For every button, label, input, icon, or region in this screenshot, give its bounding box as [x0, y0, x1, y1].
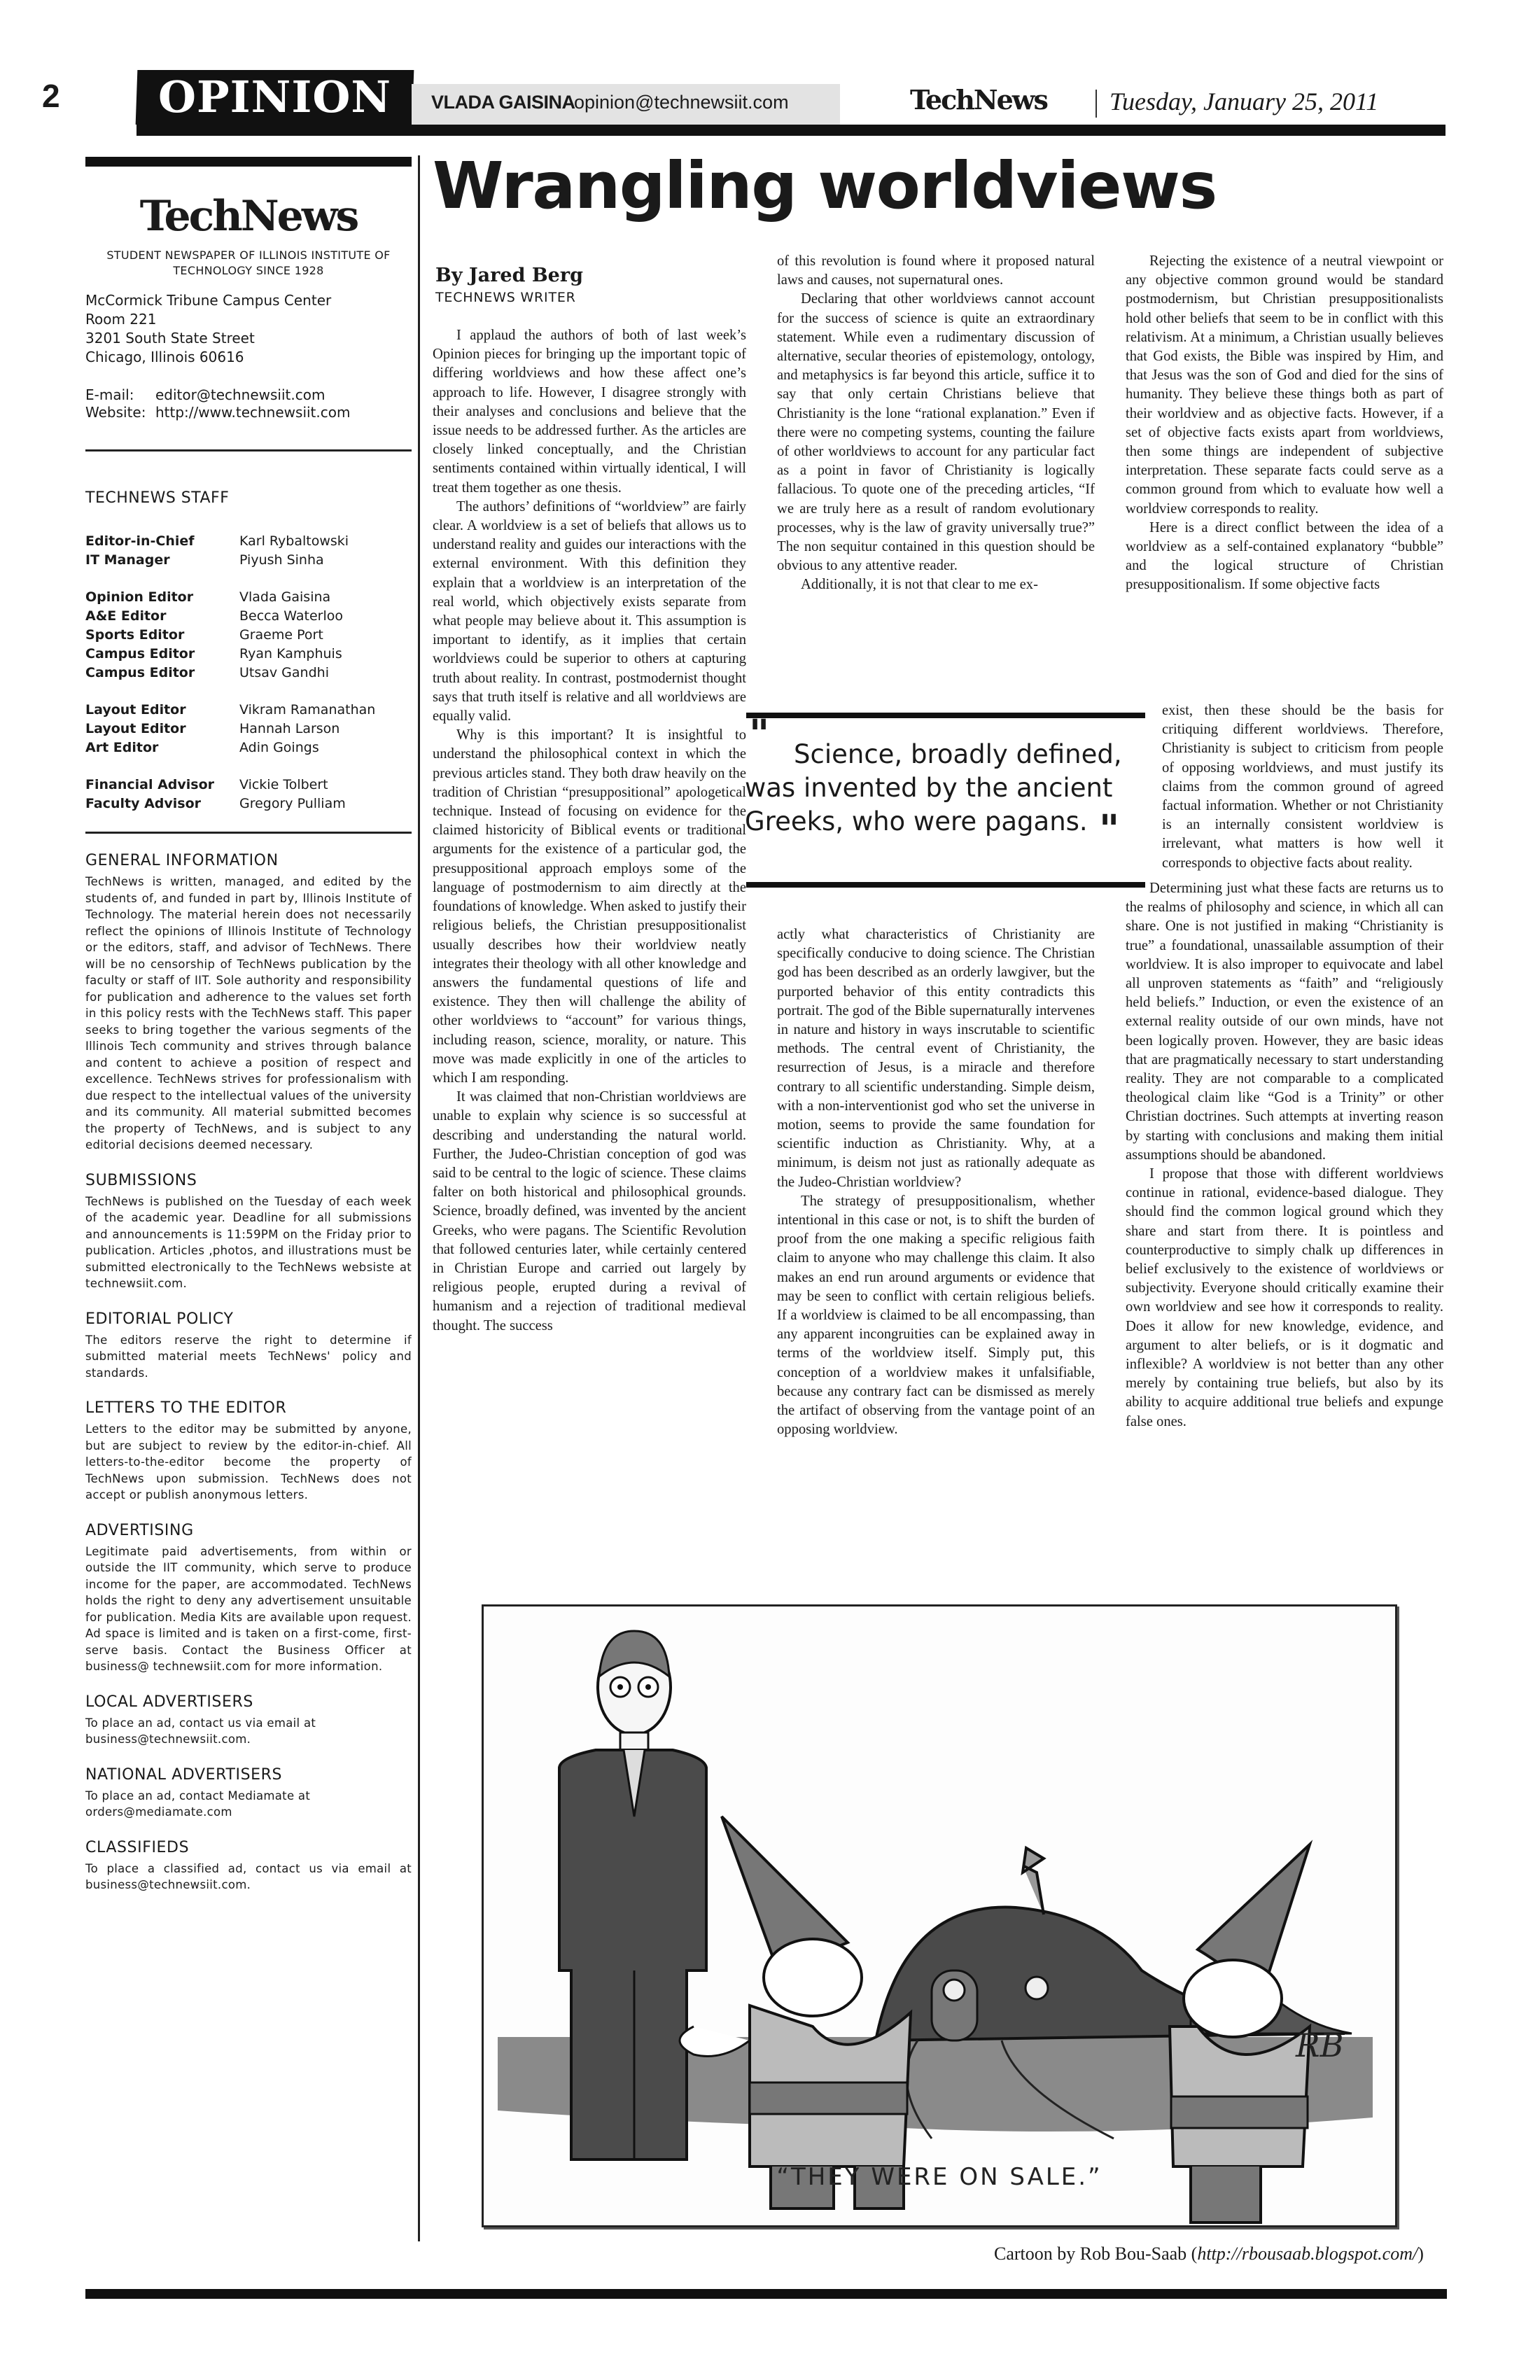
article-paragraph: I propose that those with different worl…: [1126, 1165, 1443, 1431]
contact-label: Website:: [85, 404, 155, 421]
contact-email[interactable]: editor@technewsiit.com: [155, 386, 325, 404]
staff-role: Editor-in-Chief: [85, 532, 239, 551]
info-body: TechNews is published on the Tuesday of …: [85, 1193, 412, 1292]
info-submissions: SUBMISSIONS TechNews is published on the…: [85, 1172, 412, 1292]
cartoon-illustration: [484, 1606, 1395, 2225]
address-line: McCormick Tribune Campus Center: [85, 291, 412, 310]
sidebar-top-rule: [85, 157, 412, 167]
info-body: To place an ad, contact Mediamate at ord…: [85, 1788, 412, 1821]
article-paragraph: The authors’ definitions of “worldview” …: [433, 498, 746, 726]
staff-name: Piyush Sinha: [239, 551, 324, 570]
info-classifieds: CLASSIFIEDS To place a classified ad, co…: [85, 1839, 412, 1893]
staff-list: Editor-in-ChiefKarl Rybaltowski IT Manag…: [85, 532, 412, 813]
section-title: OPINION: [136, 71, 413, 122]
info-advertising: ADVERTISING Legitimate paid advertisemen…: [85, 1522, 412, 1675]
info-general: GENERAL INFORMATION TechNews is written,…: [85, 852, 412, 1154]
article-column-3-inset: exist, then these should be the basis fo…: [1162, 701, 1443, 873]
staff-name: Gregory Pulliam: [239, 794, 346, 813]
article-paragraph: actly what characteristics of Christiani…: [777, 925, 1095, 1192]
info-body: To place a classified ad, contact us via…: [85, 1861, 412, 1893]
info-body: To place an ad, contact us via email at …: [85, 1715, 412, 1748]
article-column-3-top: Rejecting the existence of a neutral vie…: [1126, 252, 1443, 595]
masthead-logo: TechNews: [85, 192, 412, 241]
masthead-sidebar: TechNews STUDENT NEWSPAPER OF ILLINOIS I…: [85, 157, 412, 1912]
info-heading: GENERAL INFORMATION: [85, 852, 412, 869]
article-column-2-bottom: actly what characteristics of Christiani…: [777, 925, 1095, 1439]
section-tab: OPINION: [136, 70, 414, 125]
credit-prefix: Cartoon by Rob Bou-Saab (: [994, 2243, 1197, 2264]
article-column-1: I applaud the authors of both of last we…: [433, 326, 746, 1336]
cartoon-caption: “THEY WERE ON SALE.”: [484, 2163, 1395, 2191]
info-body: Letters to the editor may be submitted b…: [85, 1421, 412, 1504]
info-body: The editors reserve the right to determi…: [85, 1332, 412, 1382]
masthead-tagline: STUDENT NEWSPAPER OF ILLINOIS INSTITUTE …: [85, 248, 412, 279]
info-heading: LOCAL ADVERTISERS: [85, 1693, 412, 1711]
staff-name: Hannah Larson: [239, 720, 339, 738]
staff-row: Sports EditorGraeme Port: [85, 626, 412, 645]
cartoon-signature: RB: [1296, 2026, 1343, 2064]
staff-role: Campus Editor: [85, 645, 239, 664]
header-separator: [1095, 90, 1097, 118]
info-heading: CLASSIFIEDS: [85, 1839, 412, 1856]
close-quote-icon: ": [1099, 811, 1119, 850]
address-line: Room 221: [85, 310, 412, 329]
article-paragraph: I applaud the authors of both of last we…: [433, 326, 746, 498]
article-paragraph: Additionally, it is not that clear to me…: [777, 575, 1095, 594]
article-paragraph: Here is a direct conflict between the id…: [1126, 519, 1443, 595]
staff-name: Utsav Gandhi: [239, 664, 329, 682]
info-local-advertisers: LOCAL ADVERTISERS To place an ad, contac…: [85, 1693, 412, 1748]
staff-row: Layout EditorVikram Ramanathan: [85, 701, 412, 720]
info-national-advertisers: NATIONAL ADVERTISERS To place an ad, con…: [85, 1766, 412, 1821]
staff-name: Ryan Kamphuis: [239, 645, 342, 664]
sidebar-divider: [85, 449, 412, 451]
issue-date: Tuesday, January 25, 2011: [1109, 87, 1378, 116]
masthead-contact: E-mail:editor@technewsiit.com Website:ht…: [85, 386, 412, 421]
address-line: Chicago, Illinois 60616: [85, 348, 412, 367]
staff-role: Sports Editor: [85, 626, 239, 645]
column-divider: [418, 155, 420, 2241]
section-editor-name: VLADA GAISINA: [431, 92, 575, 113]
article-headline: Wrangling worldviews: [433, 153, 1217, 220]
pull-quote-line-1: Science, broadly defined,: [745, 738, 1137, 771]
staff-group: Opinion EditorVlada Gaisina A&E EditorBe…: [85, 588, 412, 682]
info-body: TechNews is written, managed, and edited…: [85, 874, 412, 1154]
staff-row: Faculty AdvisorGregory Pulliam: [85, 794, 412, 813]
article-paragraph: Why is this important? It is insightful …: [433, 726, 746, 1088]
staff-role: Art Editor: [85, 738, 239, 757]
contact-row: E-mail:editor@technewsiit.com: [85, 386, 412, 404]
info-heading: EDITORIAL POLICY: [85, 1310, 412, 1328]
pull-quote-rest: was invented by the ancient Greeks, who …: [745, 773, 1112, 836]
staff-row: Editor-in-ChiefKarl Rybaltowski: [85, 532, 412, 551]
staff-name: Becca Waterloo: [239, 607, 343, 626]
footer-rule: [85, 2289, 1447, 2299]
staff-role: Layout Editor: [85, 701, 239, 720]
article-paragraph: exist, then these should be the basis fo…: [1162, 701, 1443, 873]
article-paragraph: of this revolution is found where it pro…: [777, 252, 1095, 290]
contact-label: E-mail:: [85, 386, 155, 404]
staff-name: Karl Rybaltowski: [239, 532, 349, 551]
article-paragraph: Determining just what these facts are re…: [1126, 879, 1443, 1165]
info-letters: LETTERS TO THE EDITOR Letters to the edi…: [85, 1399, 412, 1504]
info-heading: LETTERS TO THE EDITOR: [85, 1399, 412, 1417]
staff-row: Art EditorAdin Goings: [85, 738, 412, 757]
staff-name: Graeme Port: [239, 626, 323, 645]
contact-website[interactable]: http://www.technewsiit.com: [155, 404, 350, 421]
sidebar-divider: [85, 832, 412, 834]
staff-role: IT Manager: [85, 551, 239, 570]
staff-role: Financial Advisor: [85, 776, 239, 794]
staff-row: Layout EditorHannah Larson: [85, 720, 412, 738]
page-number: 2: [42, 77, 60, 115]
staff-heading: TECHNEWS STAFF: [85, 489, 412, 507]
page-header: 2 OPINION VLADA GAISINA opinion@technews…: [0, 0, 1540, 133]
staff-role: Opinion Editor: [85, 588, 239, 607]
staff-role: Layout Editor: [85, 720, 239, 738]
section-editor-tab: VLADA GAISINA opinion@technewsiit.com: [412, 84, 840, 125]
header-logo: TechNews: [910, 84, 1047, 115]
cartoon-credit: Cartoon by Rob Bou-Saab (http://rbousaab…: [994, 2243, 1424, 2264]
staff-name: Vlada Gaisina: [239, 588, 330, 607]
article-byline: By Jared Berg: [435, 265, 583, 286]
staff-row: Campus EditorRyan Kamphuis: [85, 645, 412, 664]
info-heading: ADVERTISING: [85, 1522, 412, 1539]
contact-row: Website:http://www.technewsiit.com: [85, 404, 412, 421]
pull-quote-bottom-rule: [746, 882, 1145, 888]
article-paragraph: It was claimed that non-Christian worldv…: [433, 1088, 746, 1336]
info-heading: NATIONAL ADVERTISERS: [85, 1766, 412, 1784]
staff-group: Editor-in-ChiefKarl Rybaltowski IT Manag…: [85, 532, 412, 570]
credit-suffix: ): [1417, 2243, 1424, 2264]
staff-group: Financial AdvisorVickie Tolbert Faculty …: [85, 776, 412, 813]
staff-row: IT ManagerPiyush Sinha: [85, 551, 412, 570]
staff-row: Opinion EditorVlada Gaisina: [85, 588, 412, 607]
staff-row: Financial AdvisorVickie Tolbert: [85, 776, 412, 794]
staff-name: Vickie Tolbert: [239, 776, 328, 794]
staff-role: Campus Editor: [85, 664, 239, 682]
staff-row: Campus EditorUtsav Gandhi: [85, 664, 412, 682]
info-heading: SUBMISSIONS: [85, 1172, 412, 1189]
section-editor-email[interactable]: opinion@technewsiit.com: [574, 92, 789, 113]
article-paragraph: Declaring that other worldviews cannot a…: [777, 290, 1095, 575]
article-column-2-top: of this revolution is found where it pro…: [777, 252, 1095, 595]
staff-role: Faculty Advisor: [85, 794, 239, 813]
credit-url[interactable]: http://rbousaab.blogspot.com/: [1197, 2243, 1417, 2264]
article-column-3-bottom: Determining just what these facts are re…: [1126, 879, 1443, 1431]
staff-role: A&E Editor: [85, 607, 239, 626]
staff-name: Adin Goings: [239, 738, 319, 757]
info-body: Legitimate paid advertisements, from wit…: [85, 1543, 412, 1675]
pull-quote: Science, broadly defined, was invented b…: [745, 738, 1137, 839]
article-paragraph: Rejecting the existence of a neutral vie…: [1126, 252, 1443, 519]
masthead-address: McCormick Tribune Campus Center Room 221…: [85, 291, 412, 367]
staff-group: Layout EditorVikram Ramanathan Layout Ed…: [85, 701, 412, 757]
editorial-cartoon: RB “THEY WERE ON SALE.”: [482, 1604, 1397, 2227]
info-editorial-policy: EDITORIAL POLICY The editors reserve the…: [85, 1310, 412, 1382]
article-paragraph: The strategy of presuppositionalism, whe…: [777, 1192, 1095, 1440]
staff-row: A&E EditorBecca Waterloo: [85, 607, 412, 626]
address-line: 3201 South State Street: [85, 329, 412, 348]
staff-name: Vikram Ramanathan: [239, 701, 375, 720]
pull-quote-top-rule: [746, 713, 1145, 718]
header-rule: [136, 125, 1445, 136]
byline-role: TECHNEWS WRITER: [435, 290, 576, 305]
